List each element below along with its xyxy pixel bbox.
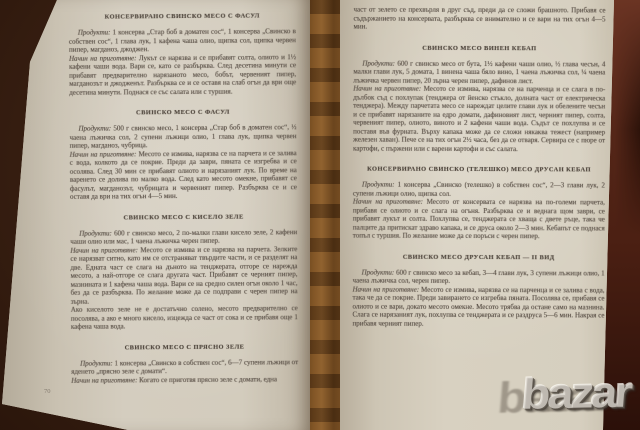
recipe-title: СВИНСКО МЕСО С ФАСУЛ [69, 108, 296, 118]
instructions-text: Месото се измива и се нарязва на парчета… [70, 245, 297, 306]
instructions-label: Начин на приготвяне: [353, 85, 421, 93]
recipe-section: СВИНСКО МЕСО ДРУСАН КЕБАП — II ВИД Проду… [352, 253, 604, 328]
recipe-section: КОНСЕРВИРАНО СВИНСКО МЕСО С ФАСУЛ Продук… [69, 12, 297, 97]
recipe-title: СВИНСКО МЕСО ВИНЕН КЕБАП [364, 44, 594, 53]
ingredients-label: Продукти: [80, 359, 113, 367]
recipe-instructions: Начин на приготвяне: Месото се измива, н… [70, 149, 297, 202]
instructions-label: Начин на приготвяне: [70, 150, 137, 158]
ingredients-label: Продукти: [78, 29, 111, 37]
instructions-label: Начин на приготвяне: [70, 246, 138, 254]
recipe-section: СВИНСКО МЕСО ВИНЕН КЕБАП Продукти: 600 г… [353, 44, 605, 153]
recipe-title: КОНСЕРВИРАНО СВИНСКО (ТЕЛЕШКО) МЕСО ДРУС… [364, 166, 594, 175]
recipe-instructions: Начин на приготвяне: Месото се измива, н… [352, 285, 604, 328]
right-page-text: част от зелето се прехвърля в друг съд, … [352, 6, 605, 329]
recipe-instructions: Начин на приготвяне: Лукът се нарязва и … [69, 53, 296, 97]
recipe-section: КОНСЕРВИРАНО СВИНСКО (ТЕЛЕШКО) МЕСО ДРУС… [353, 166, 605, 241]
ingredients-label: Продукти: [78, 125, 111, 133]
recipe-ingredients: Продукти: 600 г свинско месо за кебап, 3… [353, 268, 605, 286]
recipe-ingredients: Продукти: 1 консерва „Стар боб в доматен… [69, 27, 296, 54]
recipe-title: СВИНСКО МЕСО С ПРЯСНО ЗЕЛЕ [71, 343, 298, 353]
recipe-instructions: Начин на приготвяне: Месото се измива и … [70, 245, 297, 306]
recipe-section: СВИНСКО МЕСО С ПРЯСНО ЗЕЛЕ Продукти: 1 к… [71, 343, 298, 385]
recipe-instructions: Начин на приготвяне: Когато се приготвя … [71, 375, 298, 385]
instructions-label: Начин на приготвяне: [71, 376, 137, 384]
recipe-ingredients: Продукти: 600 г свинско месо, 2 по-малки… [70, 228, 297, 247]
page-number: 70 [44, 388, 51, 395]
recipe-title: КОНСЕРВИРАНО СВИНСКО МЕСО С ФАСУЛ [69, 12, 296, 22]
instructions-text: Когато се приготвя прясно зеле с домати,… [139, 375, 277, 384]
recipe-instructions: Начин на приготвяне: Месото от консерват… [353, 198, 605, 241]
left-page: КОНСЕРВИРАНО СВИНСКО МЕСО С ФАСУЛ Продук… [0, 0, 310, 430]
ingredients-label: Продукти: [362, 59, 395, 67]
recipe-title: СВИНСКО МЕСО ДРУСАН КЕБАП — II ВИД [364, 253, 594, 262]
recipe-title: СВИНСКО МЕСО С КИСЕЛО ЗЕЛЕ [70, 213, 297, 223]
recipe-section: СВИНСКО МЕСО С ФАСУЛ Продукти: 500 г сви… [69, 108, 297, 201]
recipe-continuation: част от зелето се прехвърля в друг съд, … [353, 6, 605, 32]
recipe-ingredients: Продукти: 1 консерва „Свинско (телешко) … [353, 181, 605, 199]
recipe-instructions: Начин на приготвяне: Месото се измива, н… [353, 85, 605, 154]
instructions-label: Начин на приготвяне: [69, 54, 137, 62]
ingredients-label: Продукти: [362, 181, 395, 189]
instructions-label: Начин на приготвяне: [353, 285, 420, 293]
recipe-note: Ако киселото зеле не е достатъчно солено… [71, 304, 298, 331]
right-page: част от зелето се прехвърля в друг съд, … [340, 0, 640, 430]
ingredients-label: Продукти: [79, 229, 112, 237]
left-page-text: КОНСЕРВИРАНО СВИНСКО МЕСО С ФАСУЛ Продук… [69, 12, 299, 385]
recipe-ingredients: Продукти: 500 г свинско месо, 1 консерва… [69, 123, 296, 150]
ingredients-label: Продукти: [362, 268, 395, 276]
book-photo: КОНСЕРВИРАНО СВИНСКО МЕСО С ФАСУЛ Продук… [0, 0, 640, 430]
recipe-ingredients: Продукти: 600 г свинско месо от бута, 1½… [353, 59, 605, 85]
instructions-text: Месото се измива, нарязва се на парченца… [353, 85, 605, 153]
recipe-ingredients: Продукти: 1 консерва „Свинско в собствен… [71, 358, 298, 377]
recipe-section: СВИНСКО МЕСО С КИСЕЛО ЗЕЛЕ Продукти: 600… [70, 213, 298, 332]
instructions-label: Начин на приготвяне: [353, 198, 423, 206]
